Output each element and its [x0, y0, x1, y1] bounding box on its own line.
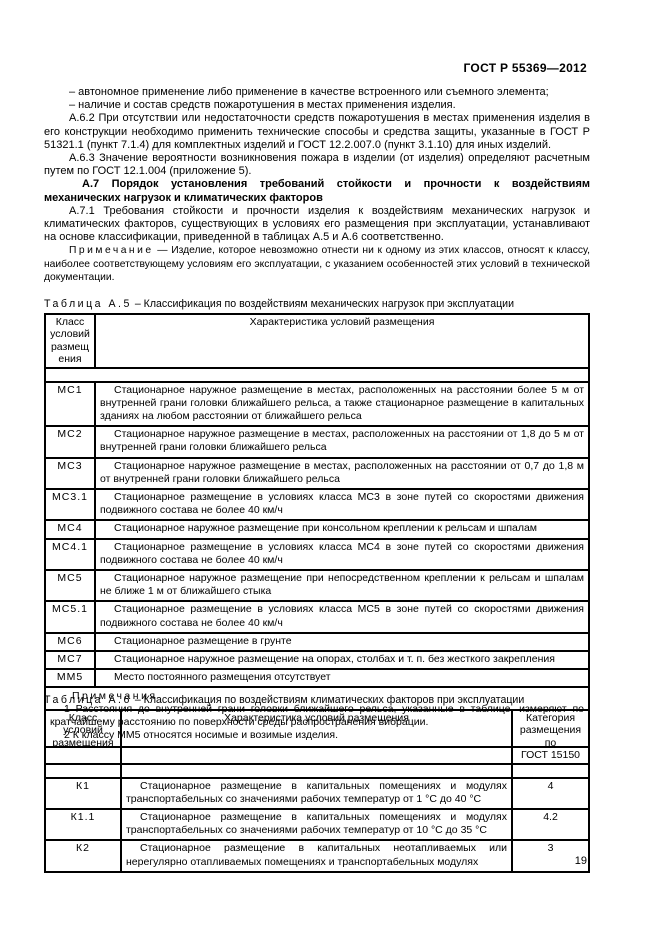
class-cell: МС5 — [45, 570, 95, 601]
class-cell: МС4 — [45, 520, 95, 538]
bullet-item: – автономное применение либо применение … — [44, 86, 590, 99]
note-label: Примечание — [69, 245, 154, 256]
table-a6-caption-text: – Классификация по воздействиям климатич… — [135, 694, 524, 706]
table-row: МС3.1 Стационарное размещение в условиях… — [45, 489, 589, 520]
characteristic-cell: Стационарное размещение в условиях класс… — [95, 489, 589, 520]
paragraph-a71: А.7.1 Требования стойкости и прочности и… — [44, 205, 590, 245]
characteristic-cell: Стационарное наружное размещение в места… — [95, 458, 589, 489]
class-cell: МС3 — [45, 458, 95, 489]
col2-header-cell: Характеристика условий размещения — [95, 314, 589, 368]
bullet-item: – наличие и состав средств пожаротушения… — [44, 99, 590, 112]
document-page: ГОСТ Р 55369—2012 – автономное применени… — [0, 0, 661, 936]
col3-header-cell: Категория размещения по ГОСТ 15150 — [512, 710, 589, 764]
col2-header-cell: Характеристика условий размещения — [121, 710, 512, 764]
col1-header-cell: Класс условий размещения — [45, 710, 121, 764]
characteristic-cell: Место постоянного размещения отсутствует — [95, 669, 589, 687]
characteristic-cell: Стационарное наружное размещение в места… — [95, 382, 589, 427]
paragraph-a63: А.6.3 Значение вероятности возникновения… — [44, 152, 590, 178]
table-a5: Класс условий размещ ения Характеристика… — [44, 313, 590, 748]
separator-row — [45, 764, 589, 778]
table-a6-section: Таблица А.6 – Классификация по воздейств… — [44, 694, 590, 873]
body-note: Примечание — Изделие, которое невозможно… — [44, 244, 590, 284]
class-cell: МС5.1 — [45, 601, 95, 632]
characteristic-cell: Стационарное размещение в капитальных по… — [121, 778, 512, 809]
table-row: МС6 Стационарное размещение в грунте — [45, 633, 589, 651]
table-row: МС3 Стационарное наружное размещение в м… — [45, 458, 589, 489]
separator-cell — [45, 368, 589, 382]
characteristic-cell: Стационарное наружное размещение в места… — [95, 426, 589, 457]
separator-cell — [45, 764, 121, 778]
table-row: К2 Стационарное размещение в капитальных… — [45, 840, 589, 871]
class-cell: МС2 — [45, 426, 95, 457]
characteristic-cell: Стационарное размещение в грунте — [95, 633, 589, 651]
class-cell: ММ5 — [45, 669, 95, 687]
header-row: Класс условий размещения Характеристика … — [45, 710, 589, 764]
separator-row — [45, 368, 589, 382]
table-row: К1.1 Стационарное размещение в капитальн… — [45, 809, 589, 840]
table-row: К1 Стационарное размещение в капитальных… — [45, 778, 589, 809]
table-row: МС7 Стационарное наружное размещение на … — [45, 651, 589, 669]
class-cell: К1.1 — [45, 809, 121, 840]
class-cell: К1 — [45, 778, 121, 809]
doc-number-header: ГОСТ Р 55369—2012 — [463, 61, 587, 75]
class-cell: МС7 — [45, 651, 95, 669]
characteristic-cell: Стационарное размещение в условиях класс… — [95, 601, 589, 632]
table-row: МС2 Стационарное наружное размещение в м… — [45, 426, 589, 457]
class-cell: МС4.1 — [45, 539, 95, 570]
table-a6: Класс условий размещения Характеристика … — [44, 709, 590, 873]
body-text: – автономное применение либо применение … — [44, 86, 590, 284]
class-cell: МС3.1 — [45, 489, 95, 520]
table-row: МС5.1 Стационарное размещение в условиях… — [45, 601, 589, 632]
class-cell: МС1 — [45, 382, 95, 427]
characteristic-cell: Стационарное размещение в капитальных по… — [121, 809, 512, 840]
section-heading-a7: А.7 Порядок установления требований стой… — [44, 178, 590, 204]
category-cell: 4.2 — [512, 809, 589, 840]
separator-cell — [121, 764, 512, 778]
table-row: МС4.1 Стационарное размещение в условиях… — [45, 539, 589, 570]
table-row: МС1 Стационарное наружное размещение в м… — [45, 382, 589, 427]
table-a5-caption-label: Таблица А.5 — [44, 298, 132, 310]
page-number: 19 — [575, 855, 587, 867]
category-cell: 4 — [512, 778, 589, 809]
table-a5-caption-text: – Классификация по воздействиям механиче… — [135, 298, 514, 310]
table-a5-caption: Таблица А.5 – Классификация по воздейств… — [44, 298, 590, 311]
class-cell: К2 — [45, 840, 121, 871]
class-cell: МС6 — [45, 633, 95, 651]
characteristic-cell: Стационарное наружное размещение при неп… — [95, 570, 589, 601]
col1-header-cell: Класс условий размещ ения — [45, 314, 95, 368]
table-row: ММ5 Место постоянного размещения отсутст… — [45, 669, 589, 687]
characteristic-cell: Стационарное наружное размещение при кон… — [95, 520, 589, 538]
table-row: МС5 Стационарное наружное размещение при… — [45, 570, 589, 601]
table-a6-caption-label: Таблица А.6 — [44, 694, 132, 706]
paragraph-a62: А.6.2 При отсутствии или недостаточности… — [44, 112, 590, 152]
characteristic-cell: Стационарное размещение в капитальных не… — [121, 840, 512, 871]
table-a6-caption: Таблица А.6 – Классификация по воздейств… — [44, 694, 590, 707]
separator-cell — [512, 764, 589, 778]
characteristic-cell: Стационарное размещение в условиях класс… — [95, 539, 589, 570]
table-row: МС4 Стационарное наружное размещение при… — [45, 520, 589, 538]
table-a5-section: Таблица А.5 – Классификация по воздейств… — [44, 298, 590, 748]
header-row: Класс условий размещ ения Характеристика… — [45, 314, 589, 368]
characteristic-cell: Стационарное наружное размещение на опор… — [95, 651, 589, 669]
